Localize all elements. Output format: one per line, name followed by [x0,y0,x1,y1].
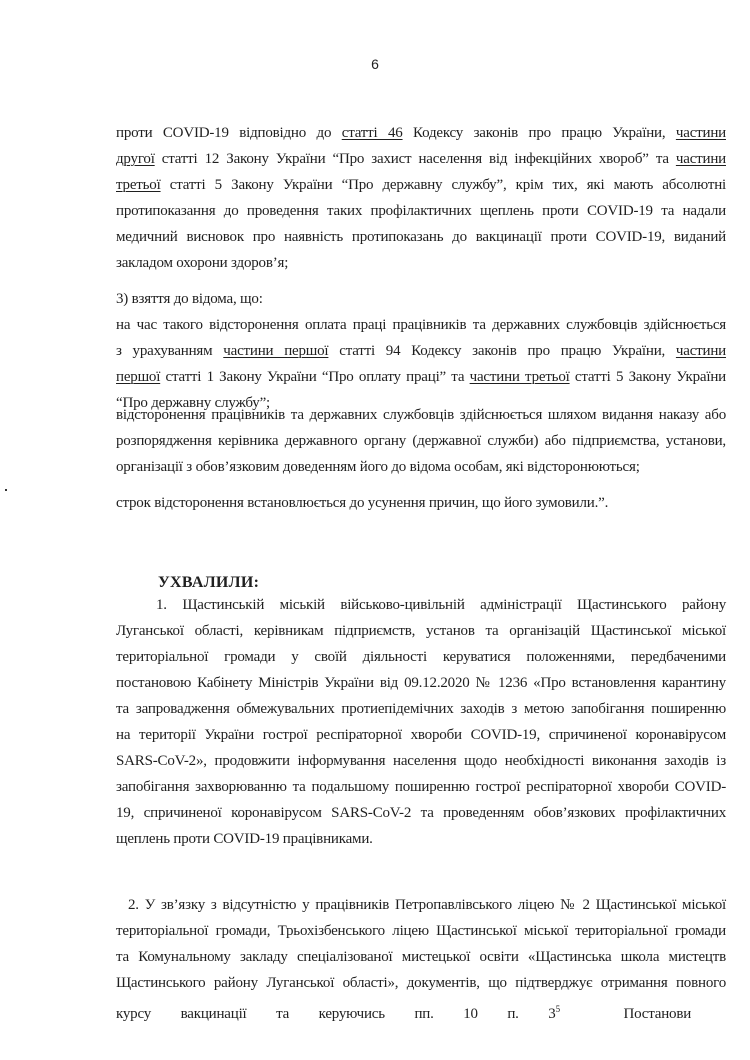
text-line: на території України гострої респіраторн… [116,726,726,744]
text-segment: статті 12 Закону України “Про захист нас… [155,151,676,167]
text-segment: на час такого відсторонення оплата праці… [116,317,726,333]
text-segment: з урахуванням [116,343,223,359]
text-segment: розпорядження керівника державного орган… [116,433,726,449]
margin-mark [5,489,7,491]
text-line: та запровадження обмежувальних протиепід… [116,700,726,718]
law-reference-link: частини [676,343,726,359]
text-segment: проти COVID-19 відповідно до [116,125,342,141]
text-line: щеплень проти COVID-19 працівниками. [116,830,726,848]
text-line: третьої статті 5 Закону України “Про дер… [116,176,726,194]
text-segment: закладом охорони здоров’я; [116,255,288,271]
text-segment: відсторонення працівників та державних с… [116,407,726,423]
text-line: SARS-CoV-2», продовжити інформування нас… [116,752,726,770]
text-line: Луганської області, керівникам підприємс… [116,622,726,640]
text-line: на час такого відсторонення оплата праці… [116,316,726,334]
text-line: медичний висновок про наявність протипок… [116,228,726,246]
text-segment: Постанови заборонити [560,1006,750,1022]
law-reference-link: частини першої [223,343,328,359]
law-reference-link: частини [676,125,726,141]
text-line: з урахуванням частини першої статті 94 К… [116,342,726,360]
text-line: територіальної громади, Трьохізбенського… [116,922,726,940]
text-segment: Кодексу законів про працю України, [403,125,676,141]
text-line: 19, спричиненої коронавірусом SARS-CoV-2… [116,804,726,822]
text-line: Щастинського району Луганської області»,… [116,974,726,992]
page-number: 6 [0,56,750,72]
law-reference-link: частини третьої [470,369,570,385]
text-line: курсу вакцинації та керуючись пп. 10 п. … [116,1000,726,1023]
text-segment: статті 94 Кодексу законів про працю Укра… [328,343,676,359]
law-reference-link: третьої [116,177,161,193]
text-line: організації з обов’язковим доведенням йо… [116,458,726,476]
text-line: територіальної громади у своїй діяльност… [116,648,726,666]
law-reference-link: другої [116,151,155,167]
text-line: протипоказання до проведення таких профі… [116,202,726,220]
text-line: 2. У зв’язку з відсутністю у працівників… [128,896,726,914]
text-segment: курсу вакцинації та керуючись пп. 10 п. … [116,1006,556,1022]
item-3-heading: 3) взяття до відома, що: [116,290,726,308]
text-line: запобігання захворюванню та подальшому п… [116,778,726,796]
text-line: відсторонення працівників та державних с… [116,406,726,424]
text-line: постановою Кабінету Міністрів України ві… [116,674,726,692]
text-segment: протипоказання до проведення таких профі… [116,203,726,219]
text-line: 1. Щастинській міській військово-цивільн… [156,596,726,614]
section-heading: УХВАЛИЛИ: [158,574,259,592]
paragraph-suspension-term: строк відсторонення встановлюється до ус… [116,494,726,512]
text-segment: статті 1 Закону України “Про оплату прац… [160,369,469,385]
text-line: та Комунальному закладу спеціалізованої … [116,948,726,966]
text-segment: статті 5 Закону України “Про державну сл… [161,177,726,193]
text-line: проти COVID-19 відповідно до статті 46 К… [116,124,726,142]
text-segment: організації з обов’язковим доведенням йо… [116,459,640,475]
text-line: першої статті 1 Закону України “Про опла… [116,368,726,386]
text-segment: статті 5 Закону України [570,369,726,385]
text-line: другої статті 12 Закону України “Про зах… [116,150,726,168]
law-reference-link: частини [676,151,726,167]
text-segment: медичний висновок про наявність протипок… [116,229,726,245]
law-reference-link: статті 46 [342,125,403,141]
text-line: розпорядження керівника державного орган… [116,432,726,450]
law-reference-link: першої [116,369,160,385]
text-line: закладом охорони здоров’я; [116,254,726,272]
